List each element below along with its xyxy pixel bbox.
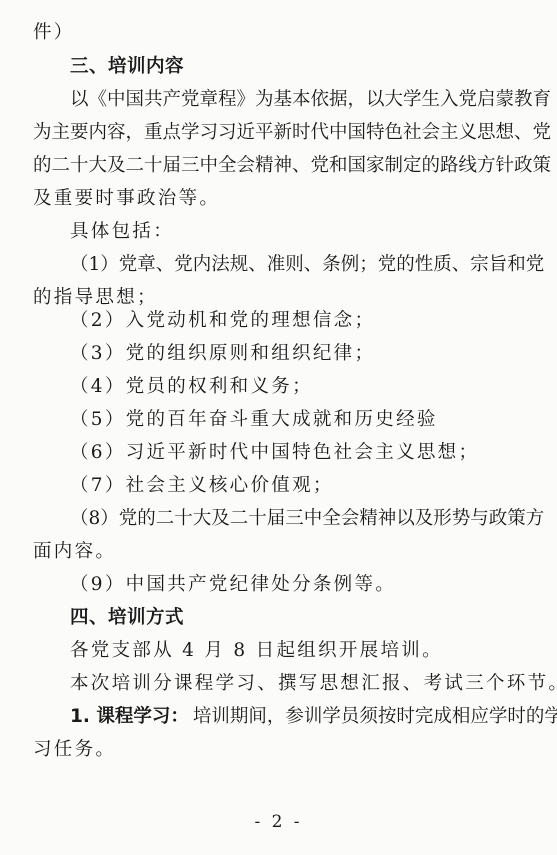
course-study-label: 1. 课程学习： (70, 705, 189, 729)
paragraph-line: 习任务。 (33, 738, 503, 762)
document-page: 件） 三、培训内容 以《中国共产党章程》为基本依据，以大学生入党启蒙教育 为主要… (0, 0, 557, 855)
page-number: - 2 - (0, 812, 557, 832)
list-item: （4）党员的权利和义务； (70, 375, 503, 399)
list-item: （9）中国共产党纪律处分条例等。 (70, 573, 503, 597)
includes-label: 具体包括： (70, 220, 503, 244)
list-item: （8）党的二十大及二十届三中全会精神以及形势与政策方 (70, 507, 503, 531)
list-item: （3）党的组织原则和组织纪律； (70, 342, 503, 366)
course-study-paragraph: 1. 课程学习： 培训期间，参训学员须按时完成相应学时的学 (70, 705, 503, 729)
course-study-text: 培训期间，参训学员须按时完成相应学时的学 (193, 705, 557, 729)
paragraph-line: 的二十大及二十届三中全会精神、党和国家制定的路线方针政策 (33, 154, 503, 178)
list-item: （7）社会主义核心价值观； (70, 474, 503, 498)
list-item-continuation: 面内容。 (33, 540, 503, 564)
list-item: （1）党章、党内法规、准则、条例；党的性质、宗旨和党 (70, 253, 503, 277)
continuation-text: 件） (33, 21, 503, 45)
paragraph-line: 各党支部从 4 月 8 日起组织开展培训。 (70, 639, 503, 663)
section-heading-training-method: 四、培训方式 (70, 606, 503, 630)
list-item: （6）习近平新时代中国特色社会主义思想； (70, 441, 503, 465)
list-item-continuation: 的指导思想； (33, 286, 503, 310)
paragraph-line: 为主要内容，重点学习习近平新时代中国特色社会主义思想、党 (33, 121, 503, 145)
list-item: （5）党的百年奋斗重大成就和历史经验 (70, 408, 503, 432)
paragraph-line: 及重要时事政治等。 (33, 187, 503, 211)
section-heading-training-content: 三、培训内容 (70, 55, 503, 79)
paragraph-line: 以《中国共产党章程》为基本依据，以大学生入党启蒙教育 (70, 88, 503, 112)
paragraph-line: 本次培训分课程学习、撰写思想汇报、考试三个环节。 (70, 672, 503, 696)
list-item: （2）入党动机和党的理想信念； (70, 309, 503, 333)
